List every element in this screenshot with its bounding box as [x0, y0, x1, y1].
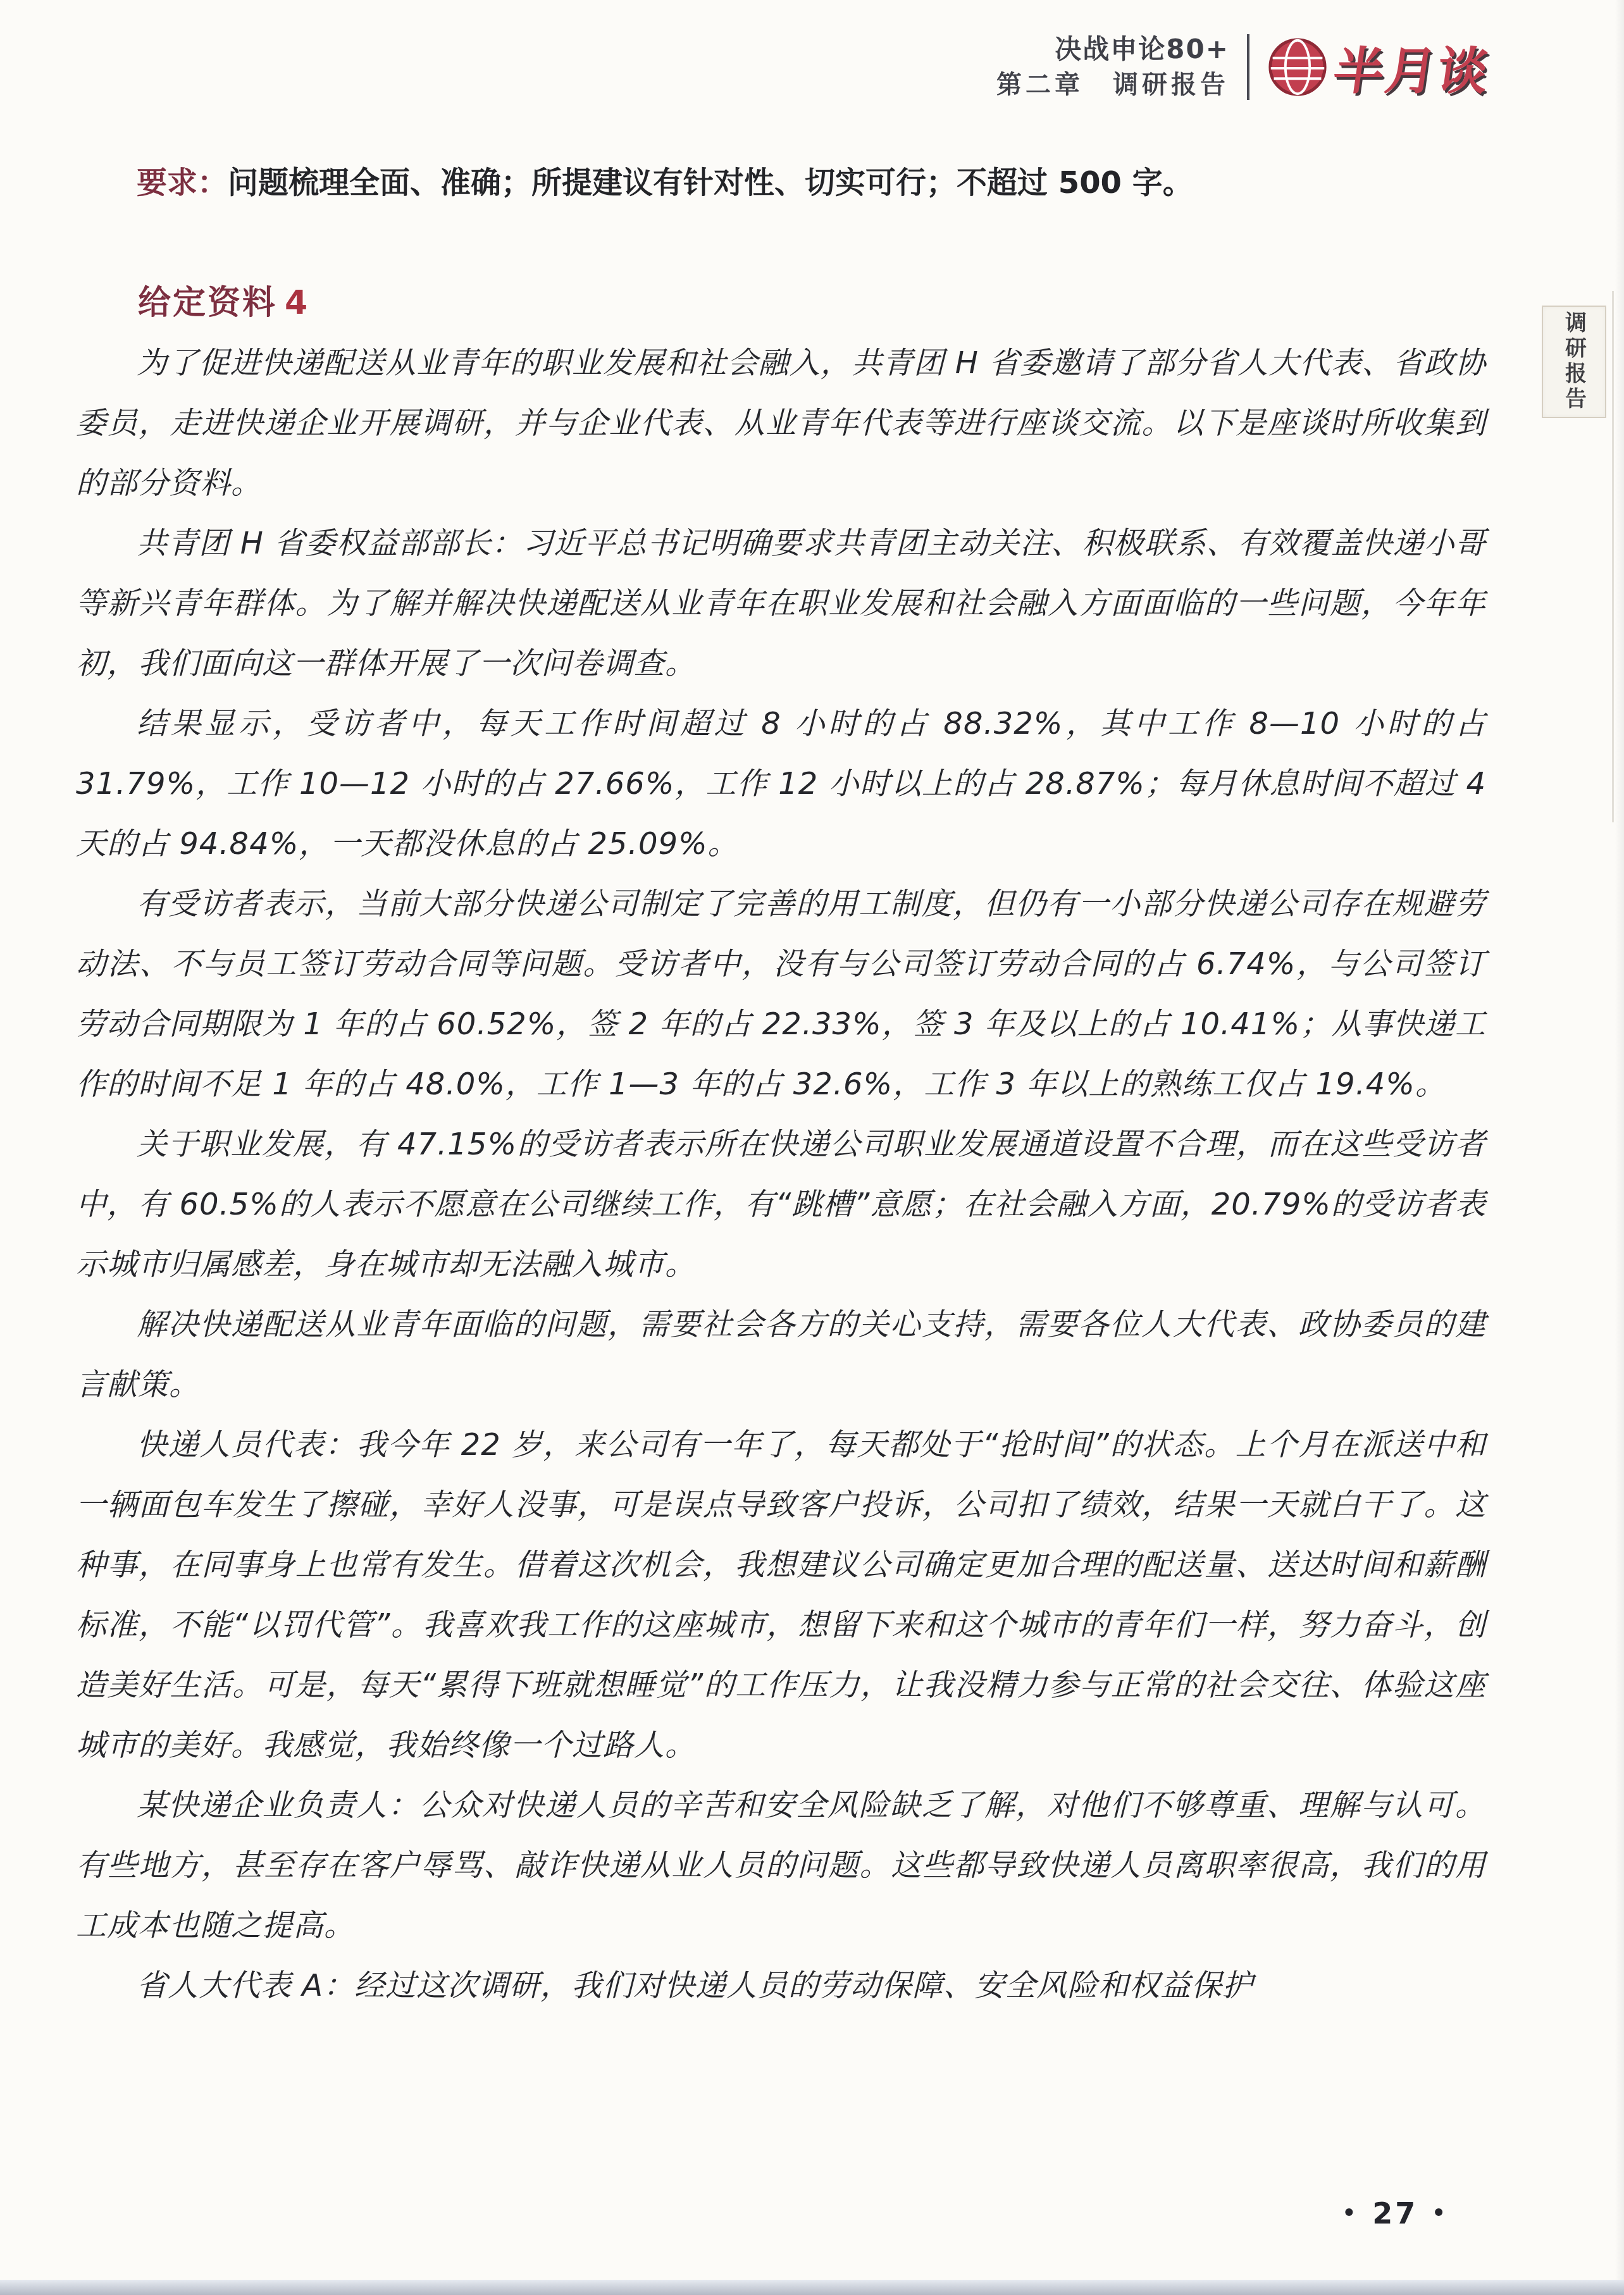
paragraph: 为了促进快递配送从业青年的职业发展和社会融入，共青团 H 省委邀请了部分省人大代… — [76, 333, 1486, 514]
requirement-text: 问题梳理全面、准确；所提建议有针对性、切实可行；不超过 500 字。 — [228, 165, 1193, 201]
scanned-book-page: 决战申论80+ 第二章 调研报告 半月谈 调研报告 要求：问题梳理全面、准确；所… — [0, 0, 1624, 2295]
paragraph: 结果显示，受访者中，每天工作时间超过 8 小时的占 88.32%，其中工作 8—… — [76, 694, 1486, 874]
page-number-dot: • — [1432, 2201, 1448, 2226]
paragraph: 省人大代表 A：经过这次调研，我们对快递人员的劳动保障、安全风险和权益保护 — [76, 1956, 1486, 2016]
chapter-edge-tab: 调研报告 — [1542, 306, 1606, 418]
text-column: 要求：问题梳理全面、准确；所提建议有针对性、切实可行；不超过 500 字。 给定… — [76, 153, 1486, 2016]
chapter-title: 第二章 调研报告 — [996, 68, 1229, 102]
page-number-dot: • — [1342, 2201, 1359, 2226]
brand-name: 半月谈 — [1329, 30, 1495, 103]
header-divider — [1247, 34, 1249, 100]
globe-icon — [1267, 37, 1328, 97]
paragraph: 某快递企业负责人：公众对快递人员的辛苦和安全风险缺乏了解，对他们不够尊重、理解与… — [76, 1776, 1486, 1956]
page-edge-line — [1612, 291, 1614, 822]
section-heading-label: 给定资料 — [138, 284, 277, 322]
paragraph: 共青团 H 省委权益部部长：习近平总书记明确要求共青团主动关注、积极联系、有效覆… — [76, 514, 1486, 694]
header-titles: 决战申论80+ 第二章 调研报告 — [996, 32, 1229, 102]
requirement-line: 要求：问题梳理全面、准确；所提建议有针对性、切实可行；不超过 500 字。 — [76, 153, 1486, 213]
section-heading-number: 4 — [277, 284, 309, 322]
scan-edge-bottom — [0, 2280, 1624, 2295]
scan-edge-right — [1615, 0, 1624, 2295]
book-title: 决战申论80+ — [996, 32, 1229, 68]
paragraph: 有受访者表示，当前大部分快递公司制定了完善的用工制度，但仍有一小部分快递公司存在… — [76, 874, 1486, 1115]
page-number-value: 27 — [1372, 2196, 1418, 2230]
chapter-edge-tab-label: 调研报告 — [1559, 311, 1590, 412]
brand-logo: 半月谈 — [1267, 30, 1490, 103]
section-heading: 给定资料4 — [76, 273, 1486, 333]
paragraph: 解决快递配送从业青年面临的问题，需要社会各方的关心支持，需要各位人大代表、政协委… — [76, 1295, 1486, 1415]
page-header: 决战申论80+ 第二章 调研报告 半月谈 — [996, 30, 1490, 103]
paragraph: 快递人员代表：我今年 22 岁，来公司有一年了，每天都处于“抢时间”的状态。上个… — [76, 1415, 1486, 1776]
page-number: • 27 • — [1342, 2196, 1448, 2230]
paragraph: 关于职业发展，有 47.15%的受访者表示所在快递公司职业发展通道设置不合理，而… — [76, 1115, 1486, 1295]
requirement-label: 要求： — [137, 165, 228, 201]
